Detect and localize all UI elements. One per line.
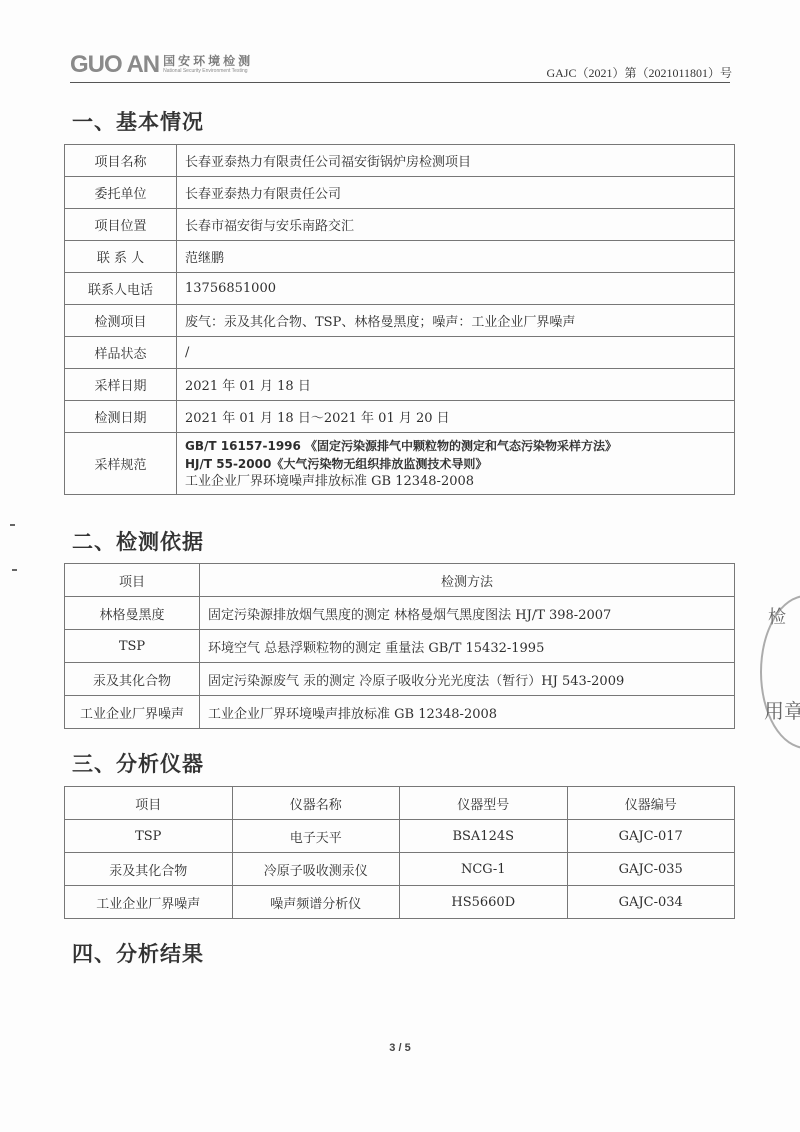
row-label: 联 系 人 <box>65 241 177 273</box>
column-header: 项目 <box>65 564 200 597</box>
cell: TSP <box>65 820 233 853</box>
row-value: 2021 年 01 月 18 日～2021 年 01 月 20 日 <box>177 401 735 433</box>
cell: 工业企业厂界噪声 <box>65 696 200 729</box>
table-row: 样品状态/ <box>65 337 735 369</box>
seal-text: 检 <box>768 603 786 629</box>
row-value: 长春亚泰热力有限责任公司福安街锅炉房检测项目 <box>177 145 735 177</box>
cell: GAJC-035 <box>567 853 735 886</box>
column-header: 检测方法 <box>200 564 735 597</box>
standard-line: HJ/T 55-2000《大气污染物无组织排放监测技术导则》 <box>185 455 726 473</box>
column-header: 项目 <box>65 787 233 820</box>
logo-english-name: National Security Environment Testing <box>163 68 253 75</box>
table-row: 汞及其化合物固定污染源废气 汞的测定 冷原子吸收分光光度法（暂行）HJ 543-… <box>65 663 735 696</box>
section-title-basic-info: 一、基本情况 <box>72 106 204 136</box>
table-row: 林格曼黑度固定污染源排放烟气黑度的测定 林格曼烟气黑度图法 HJ/T 398-2… <box>65 597 735 630</box>
table-row: 采样日期2021 年 01 月 18 日 <box>65 369 735 401</box>
column-header: 仪器名称 <box>232 787 400 820</box>
cell: 电子天平 <box>232 820 400 853</box>
row-value: 长春市福安街与安乐南路交汇 <box>177 209 735 241</box>
instruments-table: 项目 仪器名称 仪器型号 仪器编号 TSP电子天平BSA124SGAJC-017… <box>64 786 735 919</box>
seal-text: 用章 <box>764 695 800 724</box>
section-title-basis: 二、检测依据 <box>72 526 204 556</box>
cell: 固定污染源排放烟气黑度的测定 林格曼烟气黑度图法 HJ/T 398-2007 <box>200 597 735 630</box>
table-row: 联系人电话13756851000 <box>65 273 735 305</box>
report-number: GAJC（2021）第（2021011801）号 <box>546 64 732 81</box>
table-row: 联 系 人范继鹏 <box>65 241 735 273</box>
table-row: 工业企业厂界噪声噪声频谱分析仪HS5660DGAJC-034 <box>65 886 735 919</box>
row-label: 委托单位 <box>65 177 177 209</box>
table-row: 检测项目废气：汞及其化合物、TSP、林格曼黑度；噪声：工业企业厂界噪声 <box>65 305 735 337</box>
row-value: GB/T 16157-1996 《固定污染源排气中颗粒物的测定和气态污染物采样方… <box>177 433 735 495</box>
cell: 汞及其化合物 <box>65 853 233 886</box>
standard-line: GB/T 16157-1996 《固定污染源排气中颗粒物的测定和气态污染物采样方… <box>185 437 726 455</box>
table-header-row: 项目 仪器名称 仪器型号 仪器编号 <box>65 787 735 820</box>
table-row: 项目名称长春亚泰热力有限责任公司福安街锅炉房检测项目 <box>65 145 735 177</box>
column-header: 仪器型号 <box>400 787 568 820</box>
standard-line: 工业企业厂界环境噪声排放标准 GB 12348-2008 <box>185 473 726 491</box>
column-header: 仪器编号 <box>567 787 735 820</box>
header-divider <box>70 82 730 83</box>
row-value: 2021 年 01 月 18 日 <box>177 369 735 401</box>
cell: BSA124S <box>400 820 568 853</box>
cell: 汞及其化合物 <box>65 663 200 696</box>
row-label: 项目位置 <box>65 209 177 241</box>
scan-mark <box>10 524 15 526</box>
page-header: GUO AN 国安环境检测 National Security Environm… <box>70 52 732 80</box>
section-title-results: 四、分析结果 <box>72 938 204 968</box>
table-row: 项目位置长春市福安街与安乐南路交汇 <box>65 209 735 241</box>
table-row: TSP电子天平BSA124SGAJC-017 <box>65 820 735 853</box>
logo-chinese-name: 国安环境检测 <box>163 55 253 68</box>
logo-mark: GUO AN <box>70 54 159 76</box>
row-label: 采样规范 <box>65 433 177 495</box>
cell: 噪声频谱分析仪 <box>232 886 400 919</box>
cell: NCG-1 <box>400 853 568 886</box>
table-header-row: 项目 检测方法 <box>65 564 735 597</box>
cell: 固定污染源废气 汞的测定 冷原子吸收分光光度法（暂行）HJ 543-2009 <box>200 663 735 696</box>
table-row: 汞及其化合物冷原子吸收测汞仪NCG-1GAJC-035 <box>65 853 735 886</box>
page-number: 3 / 5 <box>0 1042 800 1054</box>
row-label: 检测项目 <box>65 305 177 337</box>
cell: 工业企业厂界环境噪声排放标准 GB 12348-2008 <box>200 696 735 729</box>
company-logo: GUO AN 国安环境检测 National Security Environm… <box>70 54 253 76</box>
table-row: 采样规范 GB/T 16157-1996 《固定污染源排气中颗粒物的测定和气态污… <box>65 433 735 495</box>
table-row: TSP环境空气 总悬浮颗粒物的测定 重量法 GB/T 15432-1995 <box>65 630 735 663</box>
cell: 冷原子吸收测汞仪 <box>232 853 400 886</box>
row-label: 采样日期 <box>65 369 177 401</box>
row-label: 联系人电话 <box>65 273 177 305</box>
cell: 工业企业厂界噪声 <box>65 886 233 919</box>
scan-mark <box>12 569 17 571</box>
cell: GAJC-017 <box>567 820 735 853</box>
row-value: / <box>177 337 735 369</box>
table-row: 委托单位长春亚泰热力有限责任公司 <box>65 177 735 209</box>
table-row: 工业企业厂界噪声工业企业厂界环境噪声排放标准 GB 12348-2008 <box>65 696 735 729</box>
row-value: 废气：汞及其化合物、TSP、林格曼黑度；噪声：工业企业厂界噪声 <box>177 305 735 337</box>
table-row: 检测日期2021 年 01 月 18 日～2021 年 01 月 20 日 <box>65 401 735 433</box>
section-title-instruments: 三、分析仪器 <box>72 748 204 778</box>
cell: 林格曼黑度 <box>65 597 200 630</box>
basic-info-table: 项目名称长春亚泰热力有限责任公司福安街锅炉房检测项目 委托单位长春亚泰热力有限责… <box>64 144 735 495</box>
cell: TSP <box>65 630 200 663</box>
row-label: 检测日期 <box>65 401 177 433</box>
row-label: 样品状态 <box>65 337 177 369</box>
row-value: 长春亚泰热力有限责任公司 <box>177 177 735 209</box>
row-label: 项目名称 <box>65 145 177 177</box>
cell: HS5660D <box>400 886 568 919</box>
cell: 环境空气 总悬浮颗粒物的测定 重量法 GB/T 15432-1995 <box>200 630 735 663</box>
row-value: 13756851000 <box>177 273 735 305</box>
row-value: 范继鹏 <box>177 241 735 273</box>
cell: GAJC-034 <box>567 886 735 919</box>
basis-table: 项目 检测方法 林格曼黑度固定污染源排放烟气黑度的测定 林格曼烟气黑度图法 HJ… <box>64 563 735 729</box>
official-seal-stamp: 检 用章 <box>760 595 800 745</box>
